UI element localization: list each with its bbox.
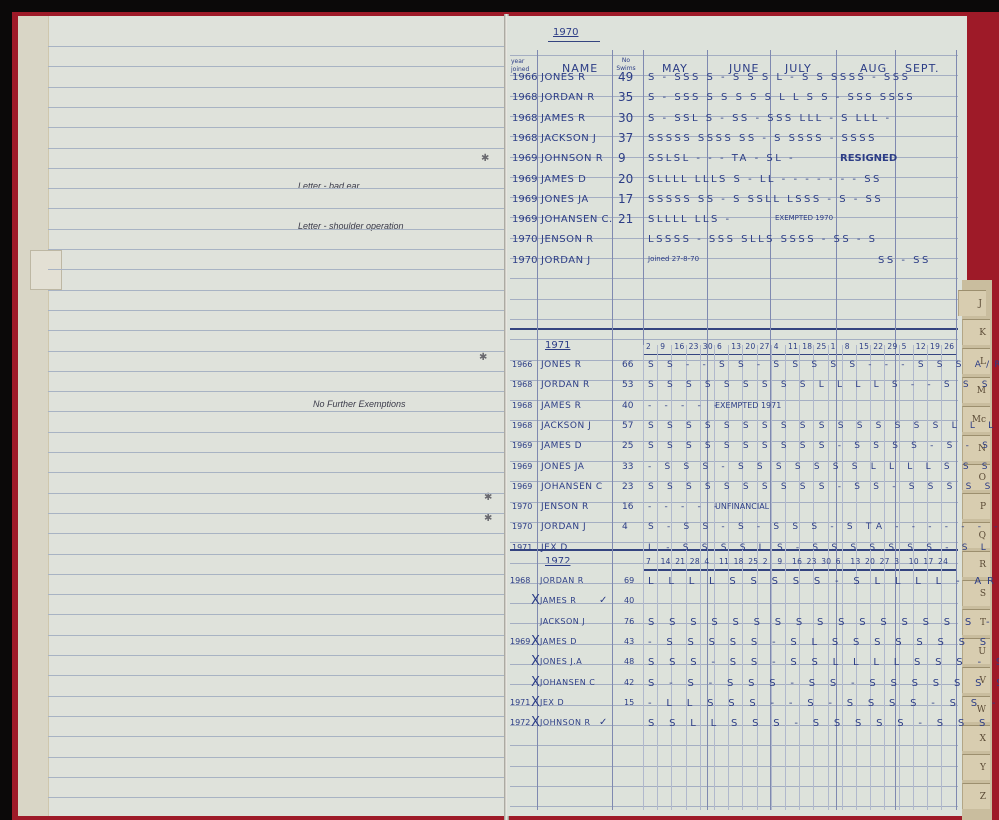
ruled-line — [48, 391, 504, 392]
row-note: EXEMPTED 1970 — [775, 214, 833, 222]
index-tab-p[interactable]: P — [962, 493, 990, 519]
grid-line — [510, 319, 958, 320]
cross-mark: X — [531, 634, 540, 649]
date-header: 26 — [944, 342, 954, 351]
row-attendance-marks: SS - SS — [878, 255, 931, 266]
row-year-joined: 1969 — [512, 482, 532, 491]
row-year-joined: 1968 — [512, 421, 532, 430]
row-attendance-marks: - S S S S S - S L S S S S S S S S S - S … — [648, 637, 999, 648]
row-swim-count: 69 — [624, 576, 634, 585]
row-note: UNFINANCIAL — [715, 502, 769, 511]
date-header: 21 — [675, 557, 685, 566]
ruled-line — [48, 66, 504, 67]
row-swim-count: 21 — [618, 212, 633, 226]
date-header: 2 — [763, 557, 768, 566]
grid-line — [510, 786, 958, 787]
row-year-joined: 1972 — [510, 718, 530, 727]
ruled-line — [48, 229, 504, 230]
date-header: 8 — [845, 342, 850, 351]
row-member-name: JOHANSEN C. — [541, 214, 613, 225]
ruled-line — [48, 168, 504, 169]
row-year-joined: 1968 — [512, 92, 537, 103]
row-swim-count: 23 — [622, 482, 633, 492]
row-member-name: JONES JA — [541, 462, 584, 472]
row-year-joined: 1968 — [512, 113, 537, 124]
date-header: 28 — [690, 557, 700, 566]
row-attendance-marks: S S S S S S S S S S S S S S S S L L L S … — [648, 421, 999, 431]
date-header: 18 — [802, 342, 812, 351]
ruled-line — [48, 127, 504, 128]
row-member-name: JACKSON J — [540, 617, 585, 626]
row-member-name: JOHANSEN C — [540, 678, 595, 687]
index-tab-r[interactable]: R — [962, 551, 990, 577]
row-member-name: JORDAN R — [541, 92, 595, 103]
row-year-joined: 1969 — [512, 441, 532, 450]
row-attendance-marks: S S S - S S - S S L L L L S S S - S - S … — [648, 657, 999, 668]
ruled-line — [48, 188, 504, 189]
row-attendance-marks: LSSSS - SSS SLLS SSSS - SS - S — [648, 234, 878, 245]
index-tab-z[interactable]: Z — [962, 783, 990, 809]
row-member-name: JONES R — [541, 360, 581, 370]
date-header: 17 — [923, 557, 933, 566]
date-header: 25 — [816, 342, 826, 351]
date-header: 27 — [880, 557, 890, 566]
date-header: 3 — [894, 557, 899, 566]
note-no-further-exemptions: No Further Exemptions — [313, 399, 406, 409]
date-column-line — [643, 345, 644, 810]
ruled-line — [48, 371, 504, 372]
ruled-line — [48, 635, 504, 636]
row-attendance-marks: - L L S S S - - S - S S S S - S S - S S … — [648, 698, 999, 709]
row-attendance-marks: S - S - S S S - S S - S S S S S S S - S … — [648, 678, 999, 689]
row-swim-count: 43 — [624, 637, 634, 646]
row-year-joined: 1969 — [512, 194, 537, 205]
index-tab-y[interactable]: Y — [962, 754, 990, 780]
row-year-joined: 1970 — [512, 255, 537, 266]
date-header: 20 — [865, 557, 875, 566]
row-attendance-marks: - - - - - — [648, 401, 722, 411]
cross-mark: X — [531, 715, 540, 730]
row-attendance-marks: S - SSS S - S S S L - S S SSSS - SSS — [648, 72, 910, 83]
row-member-name: JAMES D — [541, 441, 582, 451]
row-swim-count: 48 — [624, 657, 634, 666]
row-member-name: JONES J.A — [540, 657, 582, 666]
date-header: 5 — [902, 342, 907, 351]
date-header: 19 — [930, 342, 940, 351]
ruled-line — [48, 655, 504, 656]
ruled-line — [48, 452, 504, 453]
row-note: EXEMPTED 1971 — [715, 401, 781, 410]
ruled-line — [48, 513, 504, 514]
row-year-joined: 1966 — [512, 72, 537, 83]
row-swim-count: 17 — [618, 192, 633, 206]
tick-mark: ✓ — [599, 717, 607, 728]
row-member-name: JORDAN R — [540, 576, 584, 585]
grid-line — [510, 55, 958, 56]
row-swim-count: 53 — [622, 380, 633, 390]
row-swim-count: 20 — [618, 172, 633, 186]
ruled-line — [48, 472, 504, 473]
row-swim-count: 76 — [624, 617, 634, 626]
ruled-line — [48, 614, 504, 615]
row-attendance-marks: S - SSS S S S S S L L S S - SSS SSSS — [648, 92, 915, 103]
row-swim-count: 30 — [618, 111, 633, 125]
date-header: 30 — [703, 342, 713, 351]
date-header: 23 — [807, 557, 817, 566]
date-header: 4 — [704, 557, 709, 566]
row-member-name: JONES JA — [541, 194, 589, 205]
date-header: 9 — [777, 557, 782, 566]
row-member-name: JAMES D — [541, 174, 586, 185]
row-member-name: JOHANSEN C — [541, 482, 603, 492]
row-member-name: JAMES R — [541, 401, 581, 411]
row-attendance-marks: SLLLL LLLS S - LL - - - - - - - SS — [648, 174, 882, 185]
ruled-line — [48, 736, 504, 737]
date-header: 4 — [774, 342, 779, 351]
section-title-1972: 1972 — [545, 556, 570, 567]
date-header: 1 — [831, 342, 836, 351]
note-bad-ear: Letter - bad ear — [298, 181, 360, 191]
date-header: 30 — [821, 557, 831, 566]
row-year-joined: 1971 — [510, 698, 530, 707]
tick-mark: ✓ — [599, 595, 607, 606]
date-header: 13 — [850, 557, 860, 566]
ruled-line — [48, 411, 504, 412]
ruled-line — [48, 87, 504, 88]
row-year-joined: 1969 — [512, 174, 537, 185]
cross-mark: X — [531, 695, 540, 710]
row-member-name: JORDAN R — [541, 380, 590, 390]
row-member-name: JENSON R — [541, 234, 594, 245]
date-header: 7 — [646, 557, 651, 566]
row-swim-count: 40 — [622, 401, 633, 411]
asterisk-mark: ✱ — [484, 492, 492, 503]
ruled-line — [48, 269, 504, 270]
row-swim-count: 37 — [618, 131, 633, 145]
grid-column-line — [612, 50, 613, 810]
date-header: 11 — [719, 557, 729, 566]
row-note: Joined 27-8-70 — [648, 255, 699, 263]
grid-line — [510, 339, 958, 340]
ruled-line — [48, 757, 504, 758]
row-swim-count: 66 — [622, 360, 633, 370]
row-attendance-marks: S S S S S S S S S S - S S S S - S - S S … — [648, 441, 999, 451]
ruled-line — [48, 675, 504, 676]
row-swim-count: 40 — [624, 596, 634, 605]
row-year-joined: 1968 — [510, 576, 530, 585]
date-header: 23 — [689, 342, 699, 351]
ruled-line — [48, 493, 504, 494]
date-header: 10 — [909, 557, 919, 566]
ruled-line — [48, 148, 504, 149]
row-swim-count: 35 — [618, 90, 633, 104]
ruled-line — [48, 696, 504, 697]
row-attendance-marks: S - SSL S - SS - SSS LLL - S LLL - — [648, 113, 892, 124]
row-year-joined: 1969 — [510, 637, 530, 646]
ruled-line — [48, 432, 504, 433]
row-member-name: JACKSON J — [541, 133, 596, 144]
grid-line — [510, 745, 958, 746]
row-year-joined: 1969 — [512, 153, 537, 164]
row-year-joined: 1970 — [512, 502, 532, 511]
row-swim-count: 57 — [622, 421, 633, 431]
cross-mark: X — [531, 593, 540, 608]
ruled-line — [48, 351, 504, 352]
section-divider-1971 — [510, 328, 958, 330]
row-year-joined: 1970 — [512, 522, 532, 531]
row-member-name: JEX D — [541, 543, 568, 553]
row-attendance-marks: S S S S S S S S S L L L L S - - S S S S … — [648, 380, 999, 390]
ruled-line — [48, 716, 504, 717]
ruled-line — [48, 594, 504, 595]
date-header: 9 — [660, 342, 665, 351]
ruled-line — [48, 777, 504, 778]
row-attendance-marks: L - S S S S L S - S S S S S S S - S L L … — [648, 543, 999, 553]
row-member-name: JENSON R — [541, 502, 589, 512]
date-header: 2 — [646, 342, 651, 351]
ruled-line — [48, 208, 504, 209]
row-year-joined: 1968 — [512, 380, 532, 389]
grid-line — [510, 766, 958, 767]
ruled-line — [48, 574, 504, 575]
ruled-line — [48, 330, 504, 331]
date-header: 11 — [788, 342, 798, 351]
row-member-name: JACKSON J — [541, 421, 591, 431]
row-member-name: JONES R — [541, 72, 586, 83]
row-swim-count: 16 — [622, 502, 633, 512]
date-header: 25 — [748, 557, 758, 566]
date-header: 29 — [887, 342, 897, 351]
row-attendance-marks: L L L L S S S S S - S L L L L - AR — [648, 576, 999, 587]
row-member-name: JOHNSON R — [540, 718, 591, 727]
row-year-joined: 1966 — [512, 360, 532, 369]
row-year-joined: 1969 — [512, 214, 537, 225]
section-title-1970: 1970 — [553, 27, 578, 38]
date-header: 22 — [873, 342, 883, 351]
row-swim-count: 9 — [618, 151, 626, 165]
row-attendance-marks: - S S S - S S S S S S S L L L L S S S - … — [648, 462, 999, 472]
row-member-name: JEX D — [540, 698, 564, 707]
cross-mark: X — [531, 654, 540, 669]
row-member-name: JOHNSON R — [541, 153, 603, 164]
ruled-line — [48, 554, 504, 555]
row-member-name: JAMES D — [540, 637, 577, 646]
title-underline — [548, 41, 600, 42]
section-title-1971: 1971 — [545, 340, 570, 351]
grid-line — [510, 278, 958, 279]
index-tab-k[interactable]: K — [962, 319, 990, 345]
row-member-name: JORDAN J — [541, 255, 591, 266]
asterisk-mark: ✱ — [481, 153, 489, 164]
ruled-line — [48, 46, 504, 47]
row-year-joined: 1968 — [512, 133, 537, 144]
row-year-joined: 1968 — [512, 401, 532, 410]
asterisk-mark: ✱ — [479, 352, 487, 363]
row-attendance-marks: S - S S - S - S S S - S TA - - - - - - -… — [648, 522, 999, 532]
date-header: 14 — [661, 557, 671, 566]
ruled-line — [48, 249, 504, 250]
index-tab-j[interactable]: J — [958, 290, 986, 316]
row-swim-count: 4 — [622, 522, 628, 532]
row-member-name: JAMES R — [541, 113, 586, 124]
ruled-line — [48, 290, 504, 291]
ruled-line — [48, 107, 504, 108]
date-header: 15 — [859, 342, 869, 351]
row-attendance-marks: SSLSL - - - TA - SL - — [648, 153, 795, 164]
row-attendance-marks: SLLLL LLS - — [648, 214, 732, 225]
cross-mark: X — [531, 675, 540, 690]
row-attendance-marks: S S S S S S S S S S - S S - S S S S S S … — [648, 482, 999, 492]
grid-line — [510, 299, 958, 300]
row-note: RESIGNED — [840, 153, 897, 164]
date-header: 24 — [938, 557, 948, 566]
date-header: 20 — [745, 342, 755, 351]
date-header: 18 — [734, 557, 744, 566]
row-attendance-marks: - - - - - — [648, 502, 722, 512]
row-swim-count: 15 — [624, 698, 634, 707]
grid-line — [510, 806, 958, 807]
date-header: 27 — [760, 342, 770, 351]
date-header: 16 — [674, 342, 684, 351]
row-year-joined: 1970 — [512, 234, 537, 245]
asterisk-mark: ✱ — [484, 513, 492, 524]
row-year-joined: 1971 — [512, 543, 532, 552]
left-page-edge — [18, 16, 49, 816]
row-attendance-marks: SSSSS SSSS SS - S SSSS - SSSS — [648, 133, 877, 144]
row-attendance-marks: S S S S S S S S S S S S S S S S - S S AR… — [648, 617, 999, 628]
ruled-line — [48, 797, 504, 798]
row-swim-count: 49 — [618, 70, 633, 84]
date-header: 16 — [792, 557, 802, 566]
row-swim-count: 25 — [622, 441, 633, 451]
date-header: 6 — [717, 342, 722, 351]
date-header: 13 — [731, 342, 741, 351]
row-member-name: JORDAN J — [541, 522, 586, 532]
row-attendance-marks: S S - - S S - S S S S S - - - S S S A/R — [648, 360, 999, 370]
row-attendance-marks: S S L L S S S - S S S S S - S S S S - - … — [648, 718, 999, 729]
date-header: 12 — [916, 342, 926, 351]
date-header: 6 — [836, 557, 841, 566]
grid-line — [510, 603, 958, 604]
ruled-line — [48, 310, 504, 311]
row-year-joined: 1969 — [512, 462, 532, 471]
row-attendance-marks: SSSSS SS - S SSLL LSSS - S - SS — [648, 194, 883, 205]
row-swim-count: 33 — [622, 462, 633, 472]
row-swim-count: 42 — [624, 678, 634, 687]
row-member-name: JAMES R — [540, 596, 576, 605]
ruled-line — [48, 533, 504, 534]
